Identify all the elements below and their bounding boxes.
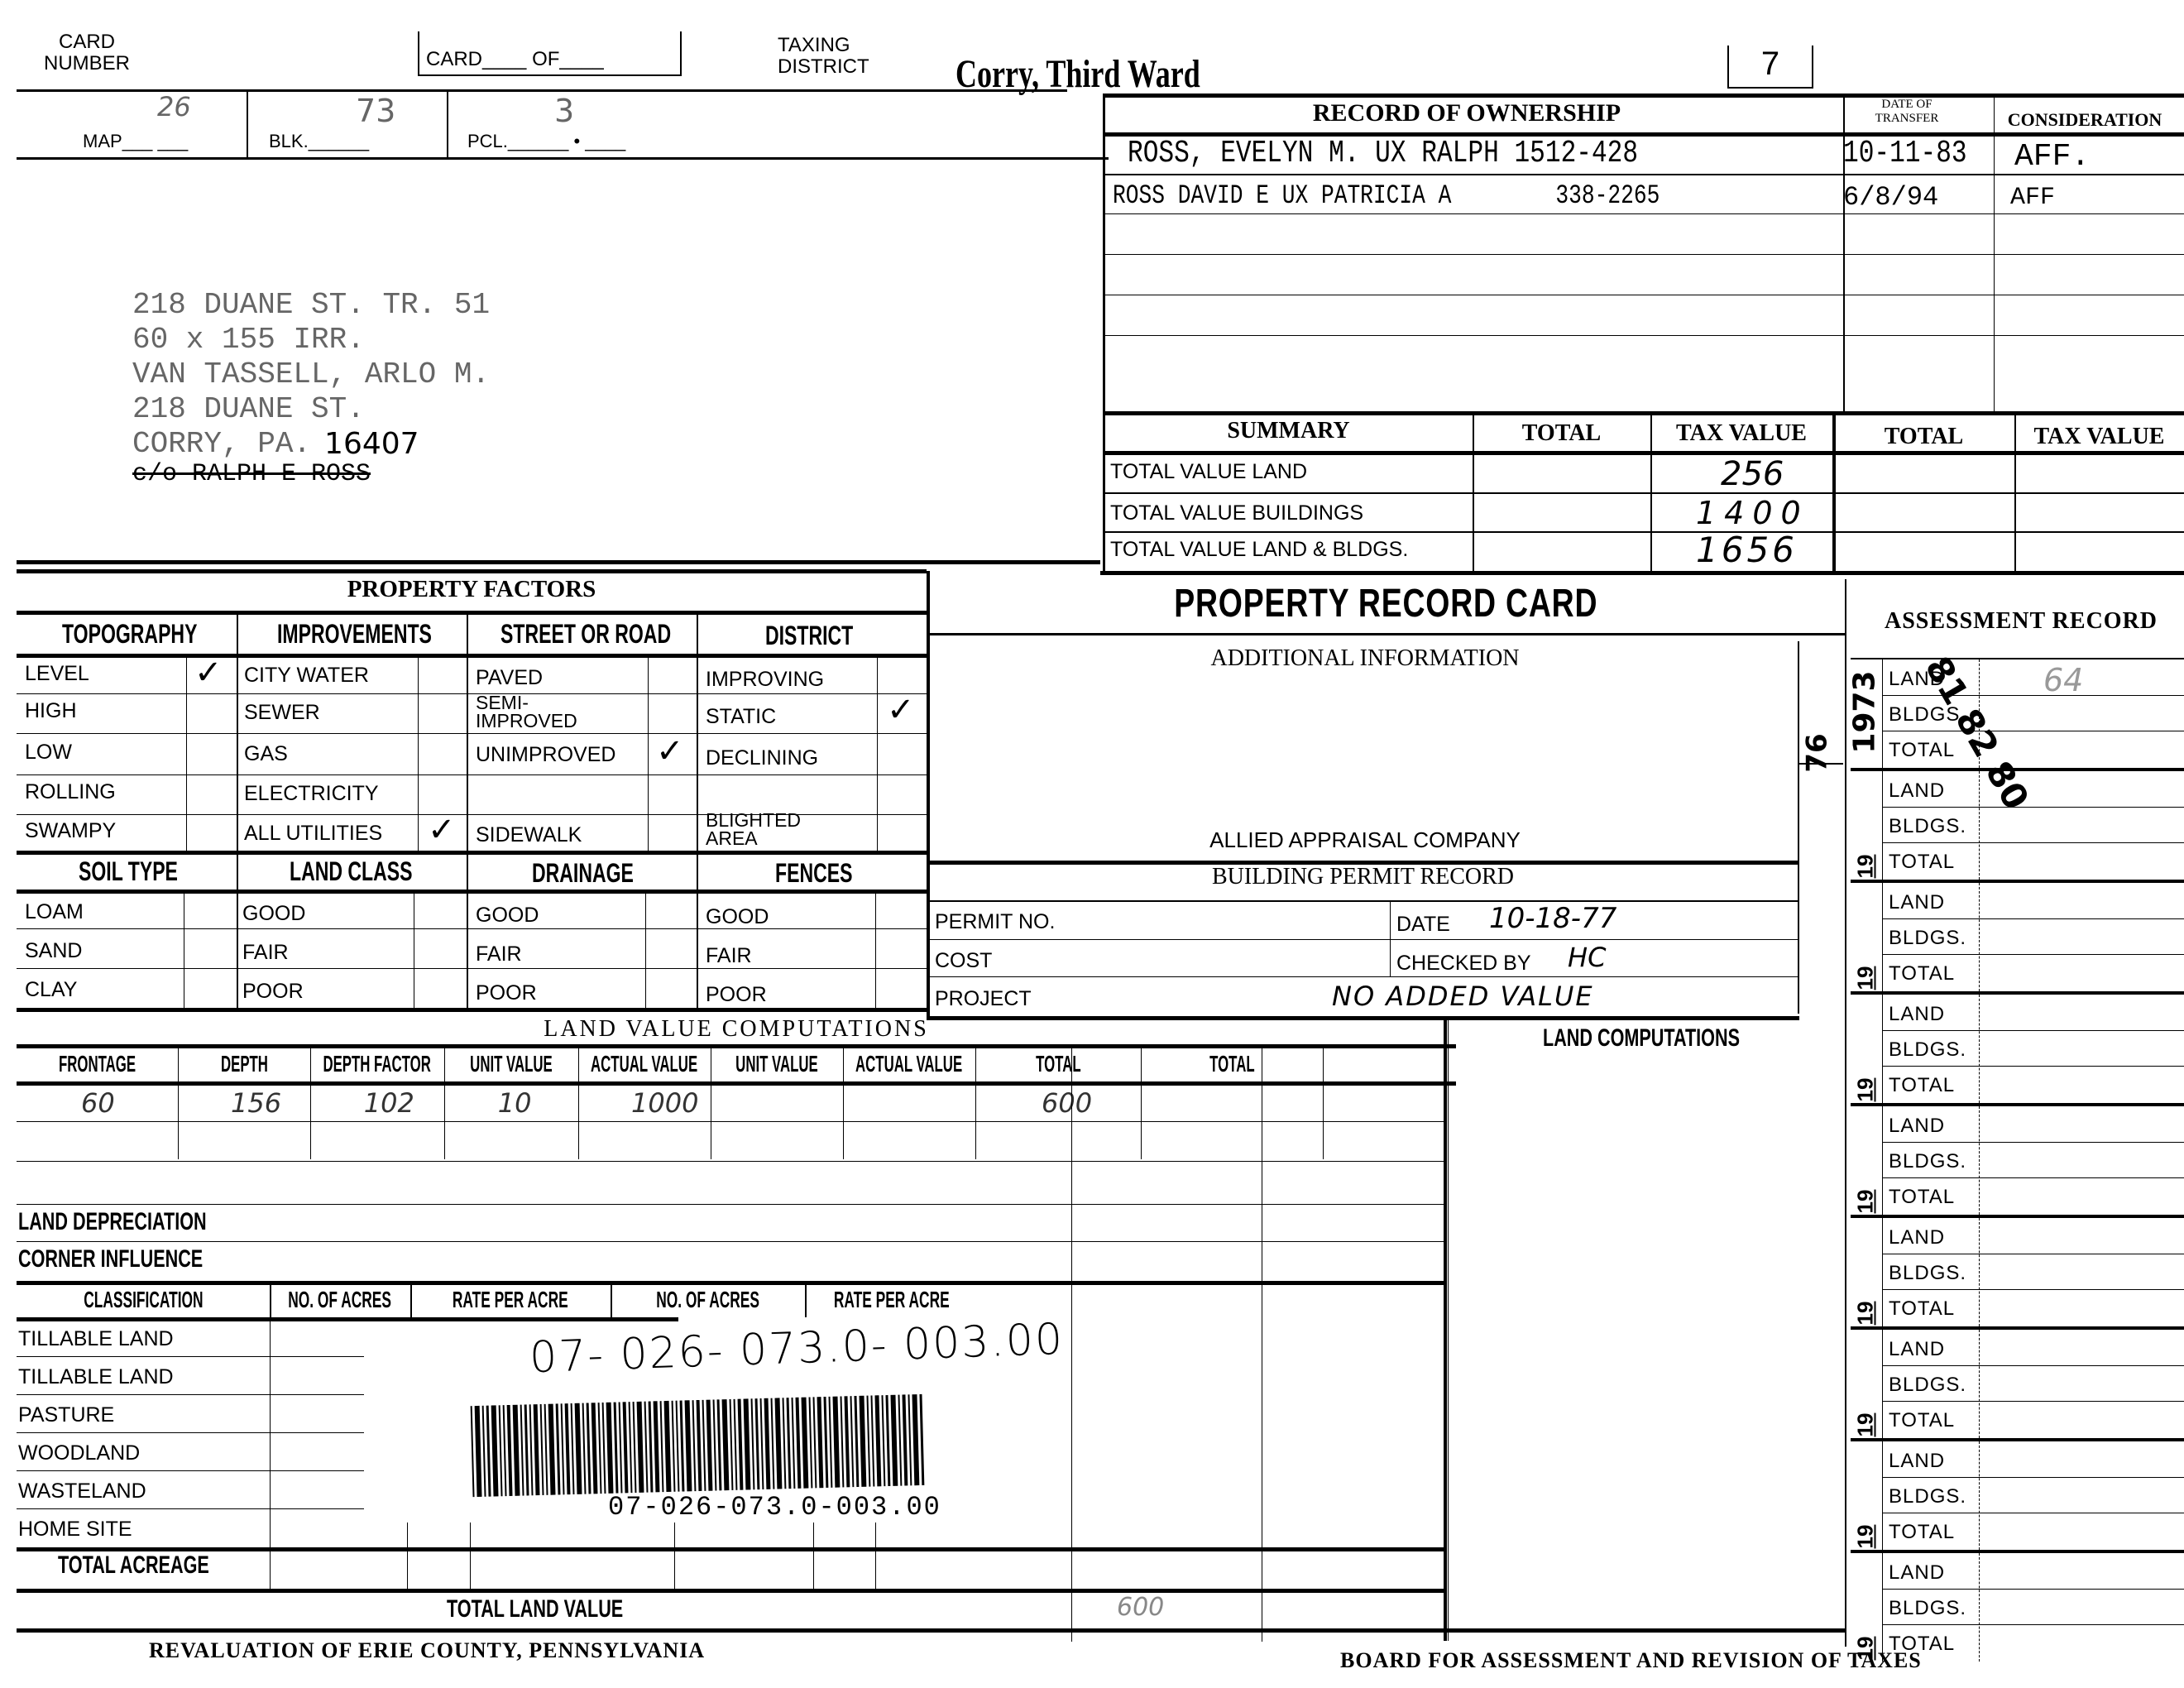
barcode-bar xyxy=(692,1400,697,1491)
topography-item-low: LOW xyxy=(25,741,72,765)
summary-total-header: TOTAL xyxy=(1473,420,1650,447)
street-item-semi-improved: SEMI- IMPROVED xyxy=(476,693,577,730)
barcode-bar xyxy=(471,1406,475,1497)
land-depreciation-label: LAND DEPRECIATION xyxy=(18,1208,207,1236)
classification-column-header: RATE PER ACRE xyxy=(805,1283,979,1317)
barcode-bar xyxy=(829,1397,833,1488)
land-value-column-header: TOTAL xyxy=(1141,1046,1324,1081)
land-value-column-header: FRONTAGE xyxy=(17,1046,179,1081)
ownership-title: RECORD OF OWNERSHIP xyxy=(1103,99,1831,127)
barcode-bar xyxy=(556,1403,561,1494)
year-prefix: 19 xyxy=(1853,1519,1879,1549)
barcode-bar xyxy=(841,1396,845,1487)
zip-handwritten: 16407 xyxy=(324,427,419,462)
assessment-row: BLDGS. xyxy=(1882,1365,2184,1402)
permit-date-value: 10-18-77 xyxy=(1489,902,1616,935)
year-prefix: 19 xyxy=(1853,961,1879,990)
assessment-row: BLDGS. xyxy=(1882,807,2184,843)
assessment-record-title: ASSESSMENT RECORD xyxy=(1885,608,2158,635)
struck-address-line: c/o RALPH E ROSS xyxy=(132,462,490,487)
fences-item-poor: POOR xyxy=(706,983,767,1007)
ownership-row xyxy=(1104,295,2184,336)
transfer-date: 6/8/94 xyxy=(1843,182,1938,213)
assessment-row-label: TOTAL xyxy=(1889,1409,1955,1432)
classification-row-label: TILLABLE LAND xyxy=(18,1365,174,1389)
barcode-bar xyxy=(524,1404,529,1495)
land-value-cell-text: 102 xyxy=(364,1087,414,1119)
first-land-value: 64 xyxy=(2043,662,2083,698)
assessment-row-label: TOTAL xyxy=(1889,1074,1955,1097)
pcl-value: 3 xyxy=(554,93,574,129)
assessment-row-label: BLDGS. xyxy=(1889,1262,1966,1285)
checkmark-icon: ✓ xyxy=(887,691,915,729)
district-header: DISTRICT xyxy=(765,621,853,651)
land-value-column-header-text: DEPTH FACTOR xyxy=(323,1051,431,1077)
total-acreage-label: TOTAL ACREAGE xyxy=(58,1551,209,1580)
classification-column-header: RATE PER ACRE xyxy=(410,1283,612,1317)
year-prefix: 19 xyxy=(1853,1184,1879,1214)
assessment-row: LAND xyxy=(1882,1553,2184,1590)
drainage-item-fair: FAIR xyxy=(476,942,522,966)
assessment-row: TOTAL xyxy=(1882,1401,2184,1436)
transfer-date: 10-11-83 xyxy=(1843,136,1967,171)
summary-row-land-label: TOTAL VALUE LAND xyxy=(1110,460,1307,484)
assessment-row-label: LAND xyxy=(1889,1226,1945,1249)
address-line: 60 x 155 IRR. xyxy=(132,323,490,357)
improvements-item-electricity: ELECTRICITY xyxy=(244,782,379,806)
land-value-column-header-text: UNIT VALUE xyxy=(735,1051,818,1077)
summary-tax-value-header-2: TAX VALUE xyxy=(2014,424,2184,450)
checkmark-icon: ✓ xyxy=(656,732,684,770)
assessment-row: LAND xyxy=(1882,883,2184,919)
ownership-row xyxy=(1104,214,2184,255)
improvements-item-gas: GAS xyxy=(244,742,288,766)
year-prefix: 19 xyxy=(1853,1072,1879,1102)
barcode-bar xyxy=(764,1398,771,1489)
barcode-bar xyxy=(792,1398,796,1489)
ownership-row: ROSS DAVID E UX PATRICIA A 338-2265 6/8/… xyxy=(1104,175,2184,214)
assessment-row-label: LAND xyxy=(1889,1338,1945,1361)
barcode-bar xyxy=(529,1404,534,1495)
assessment-row: BLDGS. xyxy=(1882,1254,2184,1290)
card-of-box: CARD____ OF____ xyxy=(418,31,682,76)
barcode-bar xyxy=(890,1395,898,1486)
barcode-bar xyxy=(881,1395,885,1486)
assessment-row-label: TOTAL xyxy=(1889,1521,1955,1544)
barcode-bar xyxy=(520,1405,524,1496)
assessment-row: TOTAL xyxy=(1882,1513,2184,1548)
fences-item-fair: FAIR xyxy=(706,944,752,968)
footer-right: BOARD FOR ASSESSMENT AND REVISION OF TAX… xyxy=(1340,1648,1922,1673)
classification-column-header: CLASSIFICATION xyxy=(17,1283,271,1317)
classification-column-header: NO. OF ACRES xyxy=(611,1283,807,1317)
barcode-bar xyxy=(859,1396,866,1487)
land-value-cell-text: 156 xyxy=(231,1087,281,1119)
barcode-bar xyxy=(680,1401,685,1492)
barcode-bar xyxy=(676,1401,680,1492)
land-value-column-header-text: TOTAL xyxy=(1209,1051,1254,1077)
total-land-value: 600 xyxy=(1117,1593,1164,1622)
barcode-bar xyxy=(760,1398,764,1489)
barcode-bar xyxy=(902,1394,908,1485)
topography-item-high: HIGH xyxy=(25,699,77,723)
assessment-row-label: TOTAL xyxy=(1889,739,1955,762)
land-value-cell-text: 600 xyxy=(1042,1087,1092,1119)
project-value: NO ADDED VALUE xyxy=(1332,981,1594,1012)
land-value-header-row: FRONTAGEDEPTHDEPTH FACTORUNIT VALUEACTUA… xyxy=(17,1046,1444,1081)
assessment-row: BLDGS. xyxy=(1882,1142,2184,1178)
assessment-row: BLDGS. xyxy=(1882,1589,2184,1625)
land-value-column-header-text: UNIT VALUE xyxy=(470,1051,553,1077)
barcode-bar xyxy=(587,1403,591,1494)
barcode-bar xyxy=(833,1397,841,1488)
permit-no-label: PERMIT NO. xyxy=(935,910,1055,934)
consideration-header: CONSIDERATION xyxy=(1985,109,2184,131)
assessment-row-label: BLDGS. xyxy=(1889,815,1966,838)
barcode-bar xyxy=(482,1406,486,1497)
classification-row: TILLABLE LAND xyxy=(17,1357,364,1395)
barcode-bar xyxy=(654,1401,660,1492)
address-block: 218 DUANE ST. TR. 51 60 x 155 IRR. VAN T… xyxy=(132,288,490,487)
corner-influence-label: CORNER INFLUENCE xyxy=(18,1245,203,1273)
assessment-row-label: LAND xyxy=(1889,779,1945,803)
summary-row-buildings-label: TOTAL VALUE BUILDINGS xyxy=(1110,501,1363,525)
barcode-bar xyxy=(649,1401,654,1492)
consideration: AFF xyxy=(2010,184,2055,212)
assessment-row: LAND xyxy=(1882,1330,2184,1366)
blk-value: 73 xyxy=(356,93,395,129)
improvements-item-city-water: CITY WATER xyxy=(244,664,369,688)
barcode-bar xyxy=(771,1398,775,1489)
topography-item-rolling: ROLLING xyxy=(25,780,116,804)
barcode-bar xyxy=(813,1397,817,1488)
assessment-row: LAND xyxy=(1882,1441,2184,1478)
ward-number: 7 xyxy=(1729,46,1812,82)
fences-item-good: GOOD xyxy=(706,905,769,929)
barcode-printed-id: 07-026-073.0-003.00 xyxy=(608,1492,941,1523)
summary-row-total-tax-value: 1656 xyxy=(1696,530,1798,570)
district-item-improving: IMPROVING xyxy=(706,668,824,692)
barcode-bar xyxy=(637,1402,644,1493)
barcode-bar xyxy=(629,1402,633,1493)
land-computations-label: LAND COMPUTATIONS xyxy=(1543,1024,1740,1053)
classification-column-header-text: RATE PER ACRE xyxy=(453,1287,568,1313)
land-value-column-header: UNIT VALUE xyxy=(711,1046,844,1081)
barcode-bar xyxy=(874,1395,881,1486)
barcode-bar xyxy=(796,1398,802,1489)
summary-tax-value-header: TAX VALUE xyxy=(1650,420,1832,447)
barcode-bar xyxy=(571,1403,575,1494)
improvements-header: IMPROVEMENTS xyxy=(277,619,432,650)
land-value-computations-title: LAND VALUE COMPUTATIONS xyxy=(17,1016,1456,1043)
barcode-bar xyxy=(898,1395,902,1486)
address-line: VAN TASSELL, ARLO M. xyxy=(132,357,490,392)
barcode-bar xyxy=(738,1399,744,1490)
land-value-column-header-text: FRONTAGE xyxy=(59,1051,136,1077)
assessment-block: LANDBLDGS.TOTAL xyxy=(1851,659,2184,771)
barcode xyxy=(471,1394,927,1497)
checked-by-value: HC xyxy=(1568,942,1606,973)
barcode-bar xyxy=(544,1404,548,1495)
fences-header: FENCES xyxy=(775,858,852,889)
classification-row: WASTELAND xyxy=(17,1471,364,1509)
assessment-record-table: LANDBLDGS.TOTAL19LANDBLDGS.TOTAL19LANDBL… xyxy=(1851,659,2184,1662)
checked-by-label: CHECKED BY xyxy=(1396,952,1531,976)
summary-title: SUMMARY xyxy=(1104,418,1473,444)
land-value-column-header: ACTUAL VALUE xyxy=(843,1046,976,1081)
barcode-bar xyxy=(475,1406,482,1497)
pcl-label: PCL.______ • ____ xyxy=(467,131,625,152)
summary-row-land-tax-value: 256 xyxy=(1721,455,1784,493)
summary-row-buildings-tax-value: 1400 xyxy=(1696,495,1809,531)
barcode-bar xyxy=(598,1403,602,1494)
barcode-bar xyxy=(513,1405,520,1496)
barcode-bar xyxy=(809,1397,813,1488)
assessment-block: 19LANDBLDGS.TOTAL xyxy=(1851,1553,2184,1662)
barcode-bar xyxy=(623,1402,629,1493)
classification-row-label: TILLABLE LAND xyxy=(18,1327,174,1351)
year-prefix: 19 xyxy=(1853,1296,1879,1326)
land-value-column-header: ACTUAL VALUE xyxy=(578,1046,711,1081)
classification-row-label: PASTURE xyxy=(18,1403,114,1427)
assessment-row: BLDGS. xyxy=(1882,1477,2184,1513)
assessment-row-label: TOTAL xyxy=(1889,1186,1955,1209)
barcode-bar xyxy=(702,1400,706,1491)
barcode-bar xyxy=(802,1398,809,1489)
land-value-cell-text: 10 xyxy=(498,1087,532,1119)
land-value-column-header-text: DEPTH xyxy=(221,1051,268,1077)
barcode-bar xyxy=(854,1396,859,1487)
barcode-bar xyxy=(734,1399,738,1490)
assessment-row-label: LAND xyxy=(1889,891,1945,914)
barcode-bar xyxy=(633,1402,637,1493)
total-land-value-label: TOTAL LAND VALUE xyxy=(447,1595,623,1623)
barcode-bar xyxy=(706,1400,713,1491)
classification-rows: TILLABLE LANDTILLABLE LANDPASTUREWOODLAN… xyxy=(17,1319,364,1547)
blk-label: BLK.______ xyxy=(269,131,369,152)
street-item-unimproved: UNIMPROVED xyxy=(476,743,615,767)
land-value-column-header-text: ACTUAL VALUE xyxy=(855,1051,962,1077)
assessment-row: TOTAL xyxy=(1882,1066,2184,1101)
barcode-bar xyxy=(885,1395,890,1486)
owner-name: ROSS, EVELYN M. UX RALPH 1512-428 xyxy=(1128,136,1638,171)
assessment-row: TOTAL xyxy=(1882,954,2184,990)
barcode-bar xyxy=(722,1399,730,1490)
soil-item-sand: SAND xyxy=(25,939,82,963)
land-class-item-fair: FAIR xyxy=(242,941,289,965)
date-of-transfer-header: DATE OF TRANSFER xyxy=(1837,98,1977,126)
barcode-bar xyxy=(908,1394,912,1485)
barcode-bar xyxy=(660,1401,664,1492)
drainage-item-poor: POOR xyxy=(476,981,537,1005)
property-record-card-title: PROPERTY RECORD CARD xyxy=(927,581,1845,626)
land-value-cell-text: 60 xyxy=(81,1087,115,1119)
barcode-bar xyxy=(606,1403,614,1494)
barcode-bar xyxy=(507,1405,513,1496)
barcode-bar xyxy=(775,1398,783,1489)
barcode-bar xyxy=(575,1403,582,1494)
assessment-row-label: TOTAL xyxy=(1889,962,1955,985)
year-stamp-1973: 1973 xyxy=(1846,662,1883,761)
barcode-bar xyxy=(561,1403,565,1494)
assessment-row-label: TOTAL xyxy=(1889,851,1955,874)
footer-left: REVALUATION OF ERIE COUNTY, PENNSYLVANIA xyxy=(149,1638,705,1663)
cost-label: COST xyxy=(935,949,992,973)
barcode-bar xyxy=(717,1399,722,1490)
assessment-row-label: BLDGS. xyxy=(1889,1038,1966,1062)
topography-header: TOPOGRAPHY xyxy=(62,619,197,650)
additional-information-title: ADDITIONAL INFORMATION xyxy=(927,645,1803,672)
assessment-row-label: LAND xyxy=(1889,1115,1945,1138)
assessment-row-label: BLDGS. xyxy=(1889,1485,1966,1508)
barcode-bar xyxy=(850,1396,854,1487)
classification-row: TILLABLE LAND xyxy=(17,1319,364,1357)
classification-row-label: WOODLAND xyxy=(18,1441,140,1465)
barcode-bar xyxy=(730,1399,734,1490)
classification-row: WOODLAND xyxy=(17,1433,364,1471)
classification-column-header-text: NO. OF ACRES xyxy=(289,1287,392,1313)
address-line: 218 DUANE ST. xyxy=(132,392,490,427)
assessment-row: LAND xyxy=(1882,995,2184,1031)
assessment-row: BLDGS. xyxy=(1882,1030,2184,1067)
barcode-bar xyxy=(685,1400,692,1491)
street-or-road-header: STREET OR ROAD xyxy=(500,619,671,650)
assessment-row: BLDGS. xyxy=(1882,918,2184,955)
barcode-bar xyxy=(582,1403,587,1494)
classification-column-header-text: NO. OF ACRES xyxy=(656,1287,759,1313)
year-stamp-text: 1973 xyxy=(1848,670,1882,753)
checkmark-icon: ✓ xyxy=(194,654,223,692)
barcode-bar xyxy=(591,1403,598,1494)
assessment-block: 19LANDBLDGS.TOTAL xyxy=(1851,1441,2184,1553)
ownership-table: ROSS, EVELYN M. UX RALPH 1512-428 10-11-… xyxy=(1104,134,2184,371)
improvements-item-all-utilities: ALL UTILITIES xyxy=(244,822,382,846)
land-value-cell-text: 1000 xyxy=(631,1087,698,1119)
land-class-item-poor: POOR xyxy=(242,980,304,1004)
barcode-bar xyxy=(534,1404,540,1495)
assessment-row-label: BLDGS. xyxy=(1889,1374,1966,1397)
drainage-item-good: GOOD xyxy=(476,904,539,928)
classification-column-header: NO. OF ACRES xyxy=(270,1283,412,1317)
map-label: MAP___ ___ xyxy=(83,131,188,152)
assessment-block: 19LANDBLDGS.TOTAL xyxy=(1851,1330,2184,1441)
topography-item-swampy: SWAMPY xyxy=(25,819,116,843)
classification-row-label: HOME SITE xyxy=(18,1518,132,1542)
barcode-bar xyxy=(755,1398,760,1489)
assessment-row-label: BLDGS. xyxy=(1889,927,1966,950)
district-item-static: STATIC xyxy=(706,705,776,729)
project-label: PROJECT xyxy=(935,987,1032,1011)
soil-item-loam: LOAM xyxy=(25,900,84,924)
barcode-bar xyxy=(870,1395,874,1486)
land-value-column-header-text: TOTAL xyxy=(1036,1051,1080,1077)
map-value: 26 xyxy=(157,91,191,122)
assessment-row: LAND xyxy=(1882,1106,2184,1143)
barcode-bar xyxy=(503,1405,507,1496)
barcode-bar xyxy=(783,1398,787,1489)
barcode-bar xyxy=(912,1394,919,1485)
assessment-row: LAND xyxy=(1882,1218,2184,1254)
building-permit-title: BUILDING PERMIT RECORD xyxy=(927,864,1799,890)
barcode-bar xyxy=(787,1398,792,1489)
barcode-bar xyxy=(672,1401,676,1492)
land-value-column-header: UNIT VALUE xyxy=(444,1046,579,1081)
card-number-label: CARD NUMBER xyxy=(33,31,141,74)
barcode-bar xyxy=(919,1394,924,1485)
barcode-bar xyxy=(602,1403,606,1494)
barcode-bar xyxy=(540,1404,544,1495)
classification-row-label: WASTELAND xyxy=(18,1479,146,1503)
barcode-bar xyxy=(664,1401,672,1492)
barcode-bar xyxy=(499,1405,503,1496)
drainage-header: DRAINAGE xyxy=(532,858,634,889)
checkmark-icon: ✓ xyxy=(428,811,456,849)
barcode-bar xyxy=(824,1397,829,1488)
assessment-row: BLDGS. xyxy=(1882,695,2184,731)
land-value-column-header: DEPTH xyxy=(178,1046,311,1081)
assessment-block: 19LANDBLDGS.TOTAL xyxy=(1851,1218,2184,1330)
barcode-bar xyxy=(619,1402,623,1493)
barcode-bar xyxy=(491,1405,499,1496)
district-item-blighted-area: BLIGHTED AREA xyxy=(706,811,801,847)
land-value-column-header: DEPTH FACTOR xyxy=(310,1046,445,1081)
assessment-row-label: LAND xyxy=(1889,1003,1945,1026)
summary-total-header-2: TOTAL xyxy=(1835,424,2013,450)
summary-row-total-label: TOTAL VALUE LAND & BLDGS. xyxy=(1110,538,1408,562)
assessment-row: TOTAL xyxy=(1882,1289,2184,1325)
barcode-bar xyxy=(548,1404,556,1495)
land-value-column-header-text: ACTUAL VALUE xyxy=(591,1051,697,1077)
barcode-bar xyxy=(713,1399,717,1490)
land-value-row: 60156102101000600 xyxy=(17,1084,1444,1121)
barcode-bar xyxy=(486,1406,491,1497)
card-of-label: CARD____ OF____ xyxy=(426,48,604,71)
barcode-handwritten-id: 07- 026- 073.0- 003.00 xyxy=(529,1315,1065,1383)
taxing-district-label: TAXING DISTRICT xyxy=(778,35,869,78)
street-item-sidewalk: SIDEWALK xyxy=(476,823,582,847)
classification-column-header-text: RATE PER ACRE xyxy=(834,1287,950,1313)
assessment-block: 19LANDBLDGS.TOTAL xyxy=(1851,1106,2184,1218)
barcode-bar xyxy=(751,1398,755,1489)
assessment-row-label: BLDGS. xyxy=(1889,1597,1966,1620)
property-record-card-title-text: PROPERTY RECORD CARD xyxy=(1174,581,1597,626)
year-prefix: 19 xyxy=(1853,1407,1879,1437)
barcode-bar xyxy=(565,1403,571,1494)
soil-type-header: SOIL TYPE xyxy=(79,856,178,887)
barcode-bar xyxy=(844,1396,850,1487)
barcode-bar xyxy=(817,1397,824,1488)
barcode-bar xyxy=(644,1402,649,1493)
owner-name: ROSS DAVID E UX PATRICIA A 338-2265 xyxy=(1113,180,1660,211)
district-item-declining: DECLINING xyxy=(706,746,818,770)
barcode-bar xyxy=(866,1396,870,1487)
assessment-row: TOTAL xyxy=(1882,731,2184,766)
classification-row: HOME SITE xyxy=(17,1509,364,1547)
barcode-bar xyxy=(614,1403,619,1494)
side-stamp-76: 76 xyxy=(1794,732,1842,774)
assessment-row-label: TOTAL xyxy=(1889,1297,1955,1321)
land-class-item-good: GOOD xyxy=(242,902,305,926)
barcode-bar xyxy=(744,1398,751,1489)
side-stamp-text: 76 xyxy=(1801,733,1834,772)
ownership-row xyxy=(1104,336,2184,371)
classification-header-row: CLASSIFICATIONNO. OF ACRESRATE PER ACREN… xyxy=(17,1283,1075,1317)
permit-date-label: DATE xyxy=(1396,913,1450,937)
assessment-row-label: BLDGS. xyxy=(1889,1150,1966,1173)
consideration: AFF. xyxy=(2014,139,2090,175)
assessment-row: TOTAL xyxy=(1882,1624,2184,1660)
assessment-block: 19LANDBLDGS.TOTAL xyxy=(1851,995,2184,1106)
